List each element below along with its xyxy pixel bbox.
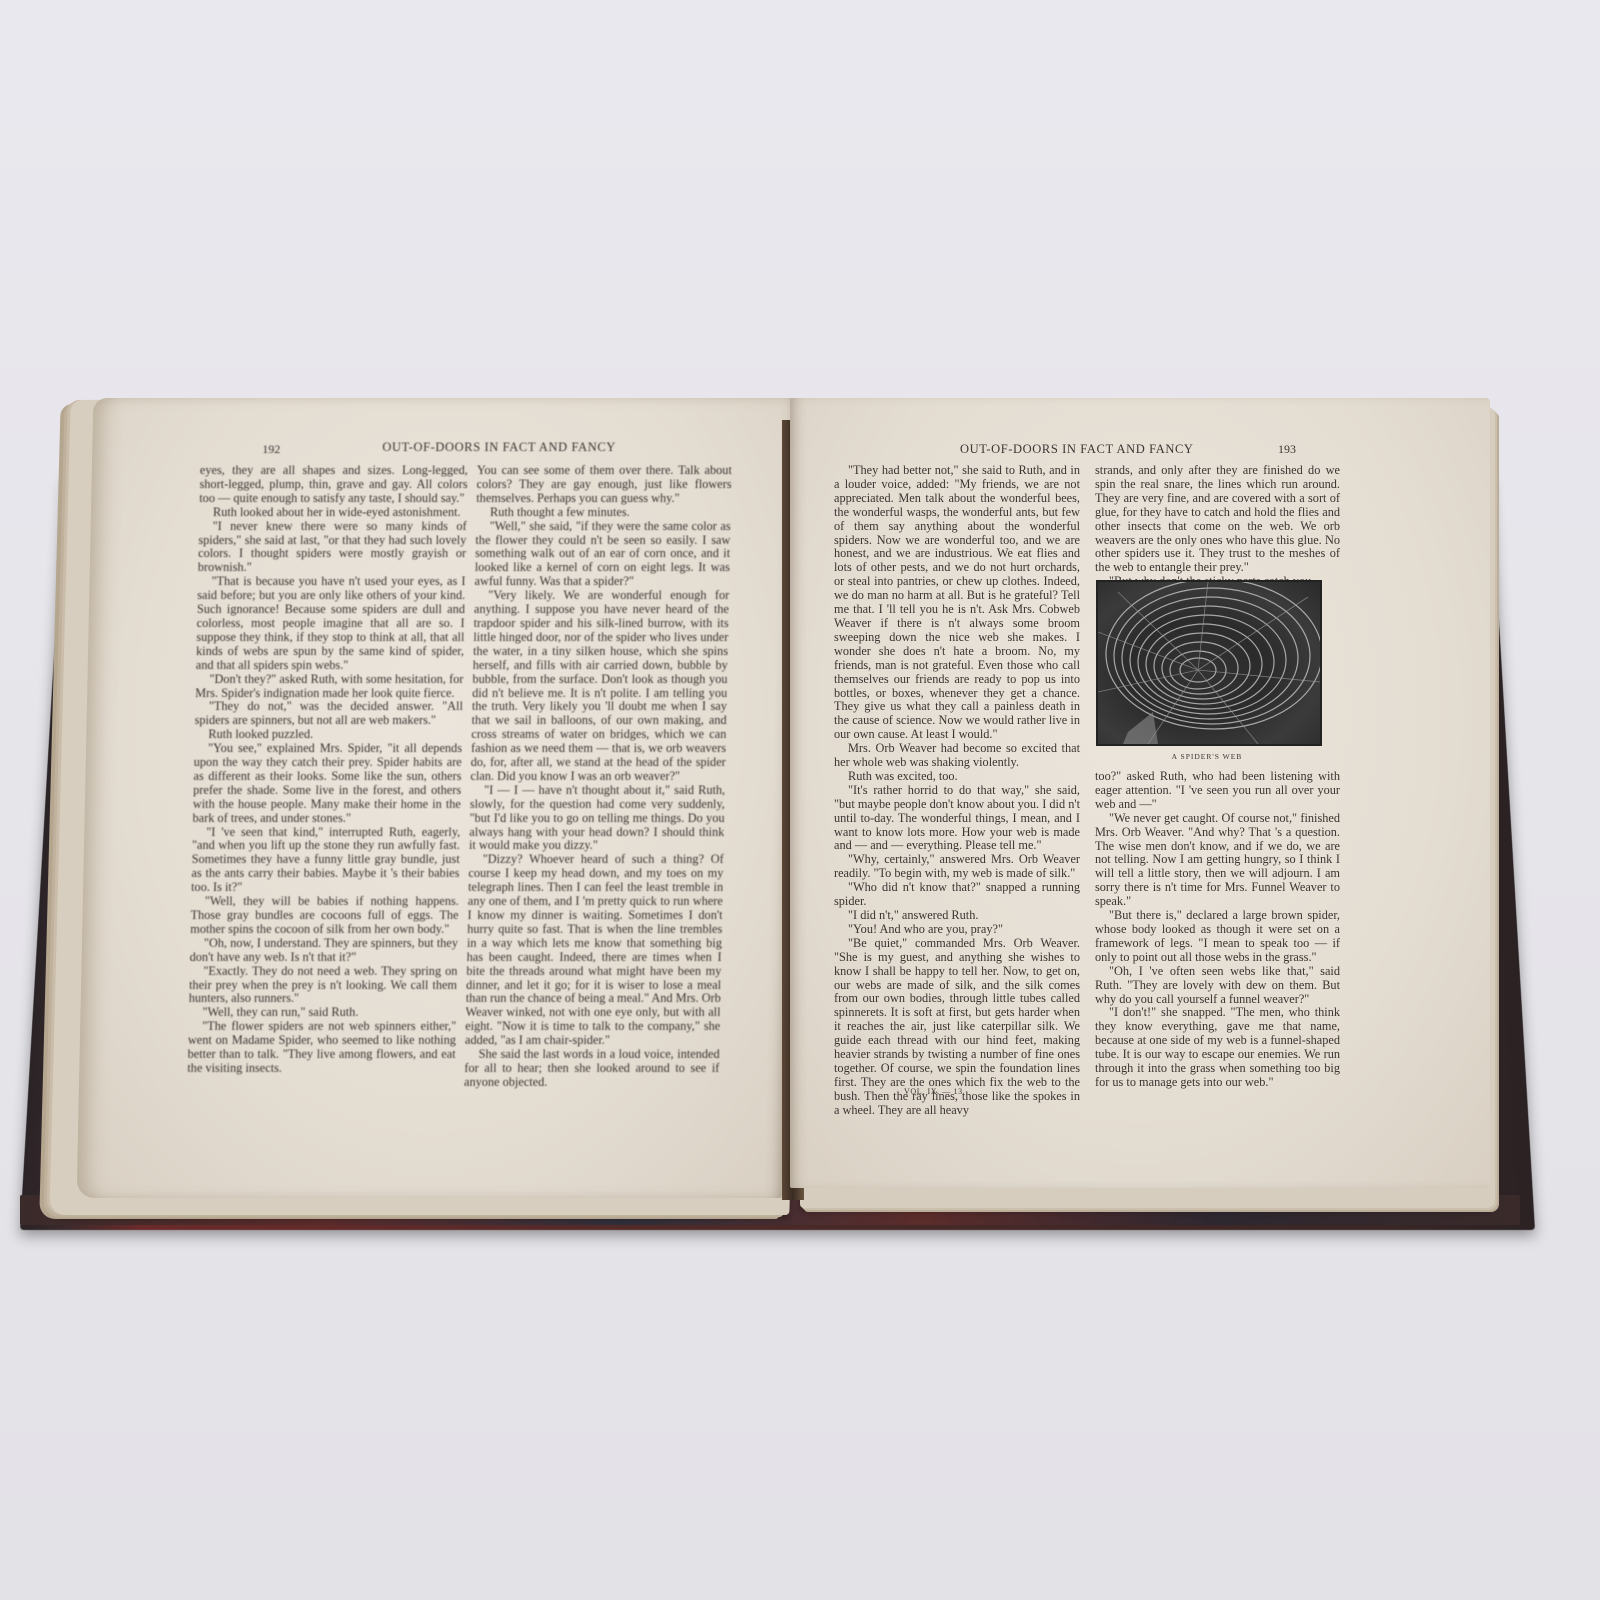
paragraph: "I never knew there were so many kinds o…	[198, 520, 467, 576]
paragraph: She said the last words in a loud voice,…	[464, 1048, 720, 1090]
paragraph: "Well, they can run," said Ruth.	[188, 1006, 456, 1020]
paragraph: Mrs. Orb Weaver had become so excited th…	[834, 742, 1080, 770]
page-number-right: 193	[1278, 442, 1296, 457]
paragraph: eyes, they are all shapes and sizes. Lon…	[199, 464, 468, 506]
signature-mark: VOL. IX. — 13	[904, 1087, 963, 1096]
paragraph: "I don't!" she snapped. "The men, who th…	[1095, 1006, 1340, 1089]
paragraph: "Exactly. They do not need a web. They s…	[189, 965, 458, 1007]
paragraph: "We never get caught. Of course not," fi…	[1095, 812, 1340, 909]
paragraph: Ruth thought a few minutes.	[476, 506, 731, 520]
paragraph: "They do not," was the decided answer. "…	[194, 700, 463, 728]
paragraph: You can see some of them over there. Tal…	[476, 464, 732, 506]
left-page-column-1: eyes, they are all shapes and sizes. Lon…	[187, 464, 468, 1076]
paragraph: "Who did n't know that?" snapped a runni…	[834, 881, 1080, 909]
paragraph: "I did n't," answered Ruth.	[834, 909, 1080, 923]
right-page: OUT-OF-DOORS IN FACT AND FANCY 193 "They…	[790, 398, 1490, 1188]
paragraph: "Oh, now, I understand. They are spinner…	[190, 937, 459, 965]
paragraph: "It's rather horrid to do that way," she…	[834, 784, 1080, 854]
paragraph: "That is because you have n't used your …	[196, 575, 466, 672]
running-head-right: OUT-OF-DOORS IN FACT AND FANCY	[960, 442, 1194, 457]
paragraph: "Dizzy? Whoever heard of such a thing? O…	[465, 853, 724, 1048]
paragraph: too?" asked Ruth, who had been listening…	[1095, 770, 1340, 812]
running-head-left: OUT-OF-DOORS IN FACT AND FANCY	[382, 440, 616, 455]
paragraph: "I — I — have n't thought about it," sai…	[469, 784, 725, 854]
paragraph: "Well, they will be babies if nothing ha…	[190, 895, 459, 937]
paragraph: "You! And who are you, pray?"	[834, 923, 1080, 937]
spider-web-photograph-icon	[1096, 580, 1322, 746]
paragraph: "The flower spiders are not web spinners…	[187, 1020, 456, 1076]
paragraph: strands, and only after they are finishe…	[1095, 464, 1340, 575]
paragraph: "Very likely. We are wonderful enough fo…	[470, 589, 729, 784]
paragraph: "I 've seen that kind," interrupted Ruth…	[191, 826, 460, 896]
right-page-column-2-top: strands, and only after they are finishe…	[1095, 464, 1340, 589]
right-page-column-2-bottom: too?" asked Ruth, who had been listening…	[1095, 770, 1340, 1090]
paragraph: "You see," explained Mrs. Spider, "it al…	[192, 742, 462, 825]
paragraph: "Don't they?" asked Ruth, with some hesi…	[195, 673, 464, 701]
right-page-column-1: "They had better not," she said to Ruth,…	[834, 464, 1080, 1118]
paragraph: Ruth looked about her in wide-eyed aston…	[199, 506, 467, 520]
photo-scene: 192 OUT-OF-DOORS IN FACT AND FANCY eyes,…	[0, 0, 1600, 1600]
paragraph: Ruth was excited, too.	[834, 770, 1080, 784]
figure-caption: A SPIDER'S WEB	[1096, 752, 1318, 761]
paragraph: "Why, certainly," answered Mrs. Orb Weav…	[834, 853, 1080, 881]
paragraph: Ruth looked puzzled.	[194, 728, 462, 742]
left-page: 192 OUT-OF-DOORS IN FACT AND FANCY eyes,…	[77, 398, 799, 1198]
left-page-column-2: You can see some of them over there. Tal…	[464, 464, 732, 1090]
paragraph: "They had better not," she said to Ruth,…	[834, 464, 1080, 742]
paragraph: "Well," she said, "if they were the same…	[474, 520, 730, 590]
paragraph: "But there is," declared a large brown s…	[1095, 909, 1340, 965]
page-number-left: 192	[262, 442, 280, 457]
paragraph: "Oh, I 've often seen webs like that," s…	[1095, 965, 1340, 1007]
